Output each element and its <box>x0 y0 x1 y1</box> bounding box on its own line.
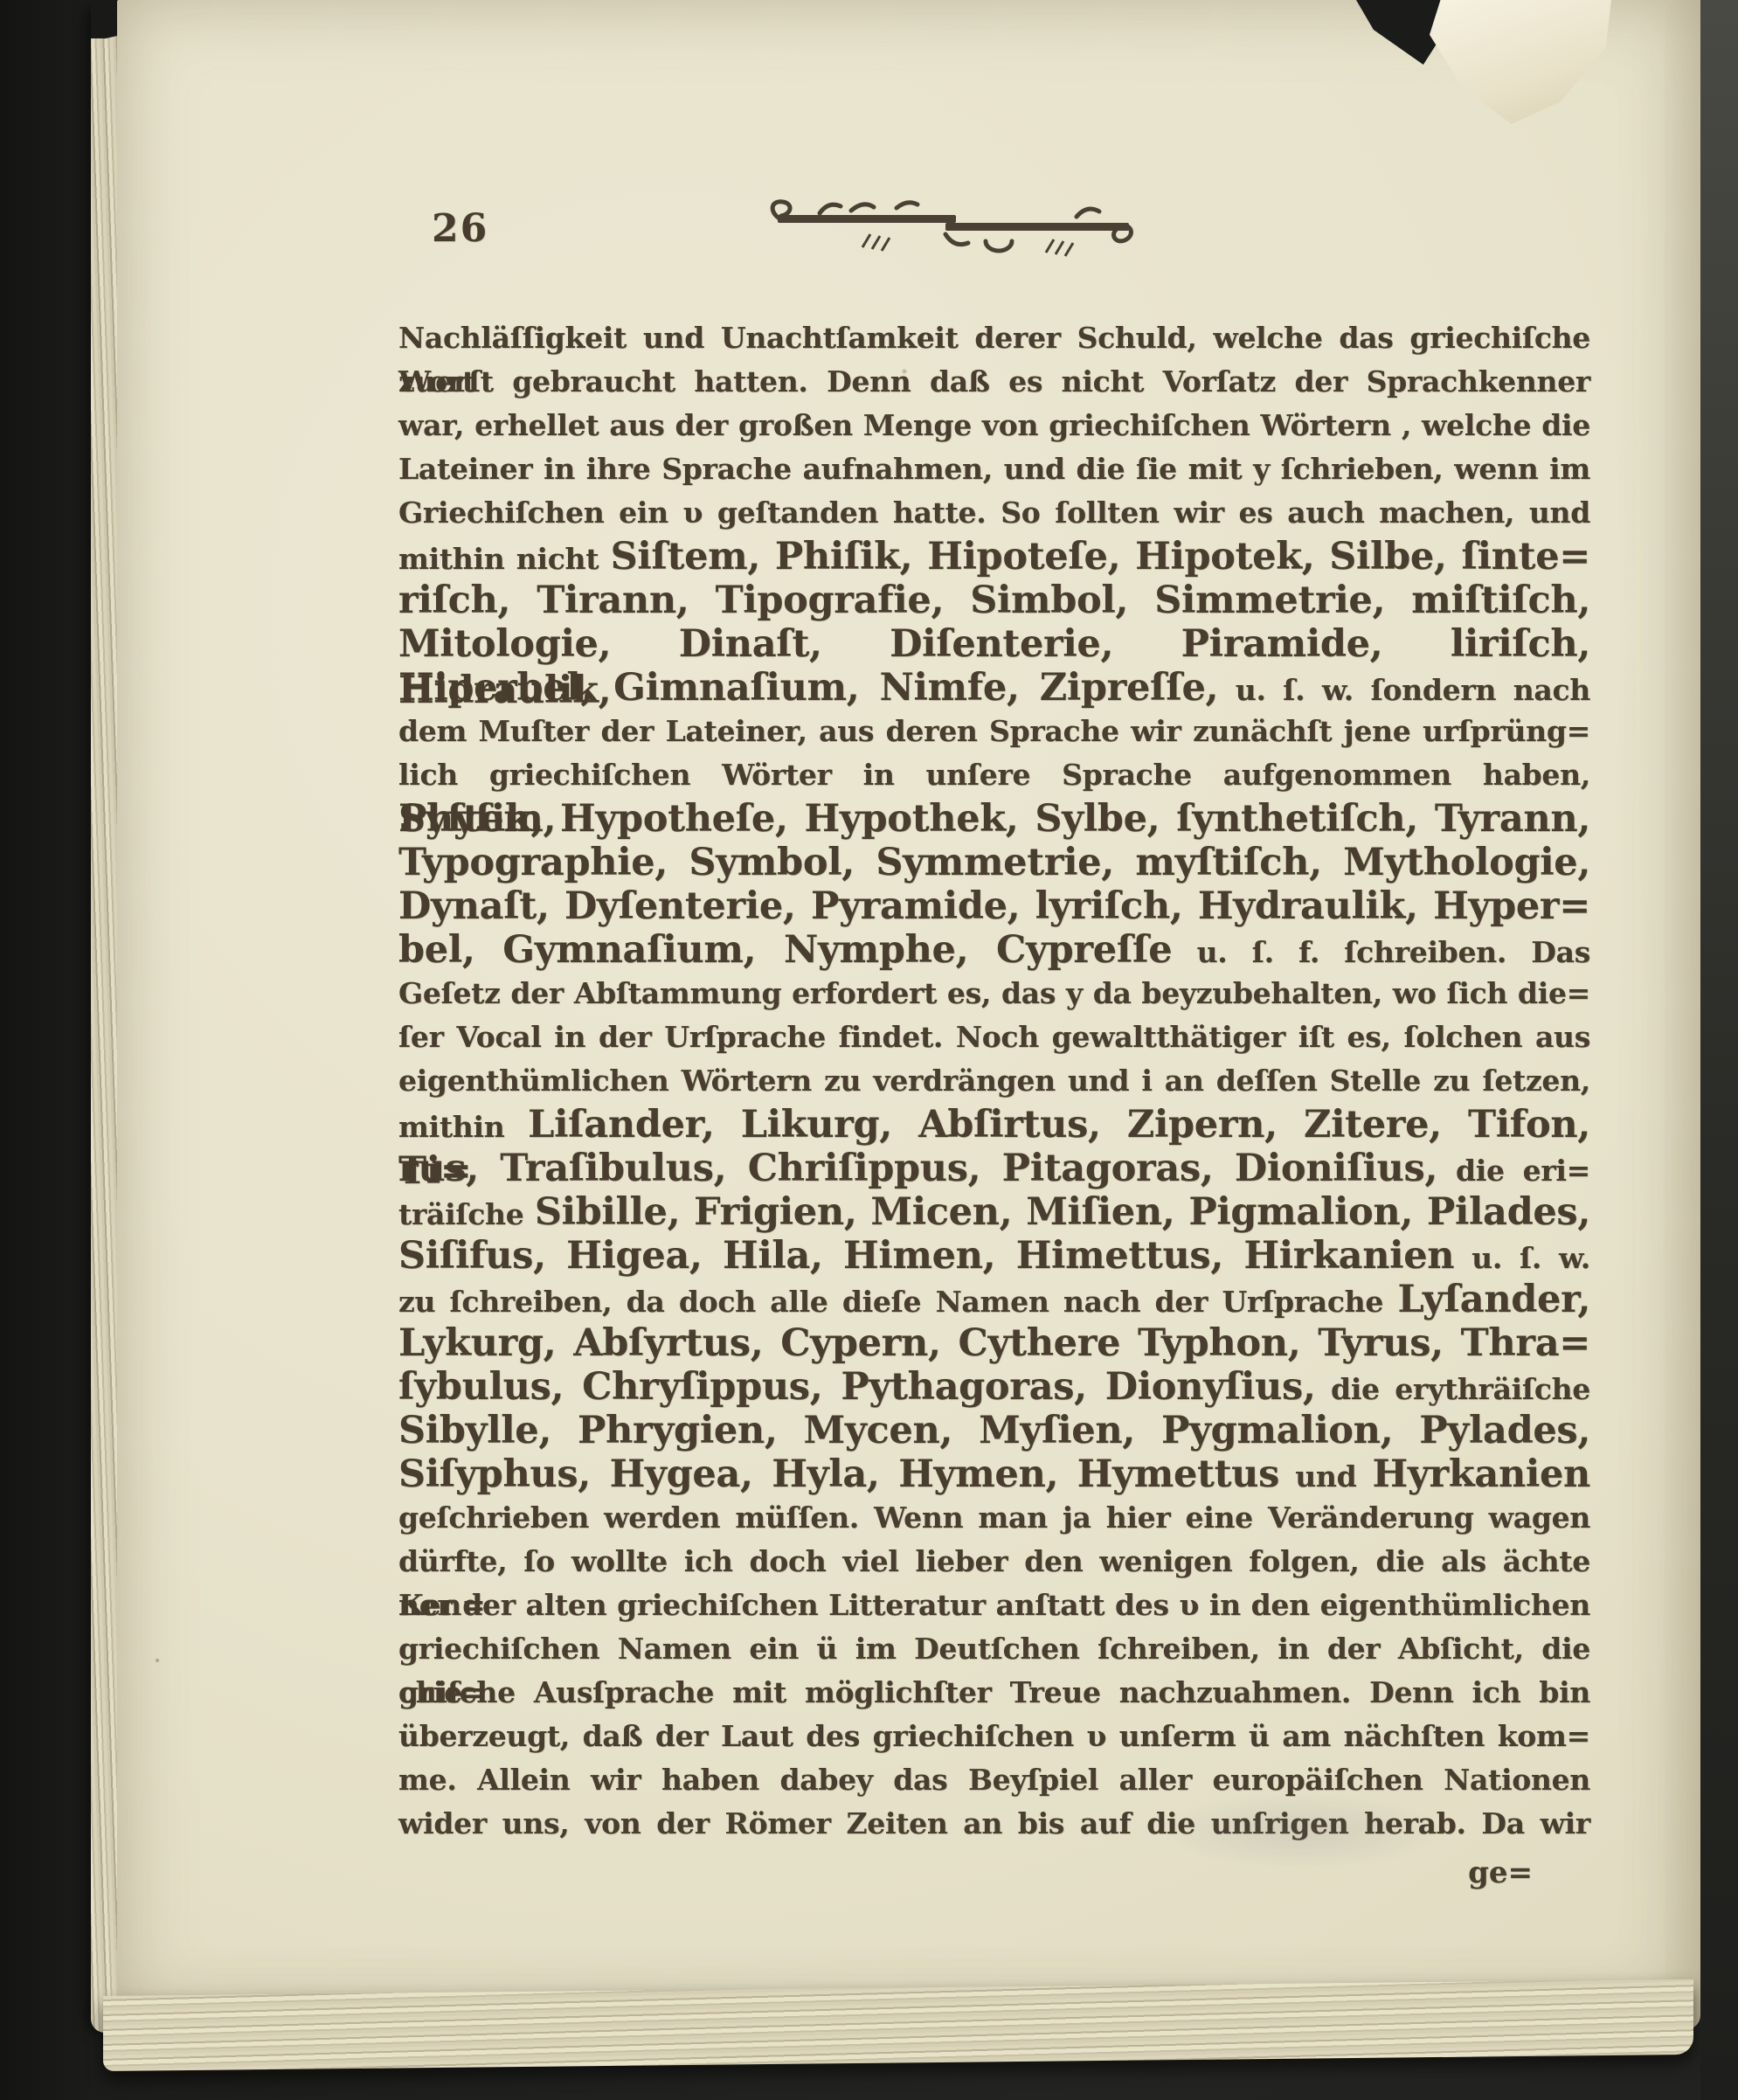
book-page: 26 Nachläſſigkeit und Unachtſamkei <box>117 0 1700 2029</box>
text-segment: u. ſ. w. ſondern nach <box>1236 673 1590 707</box>
text-segment: Hiperbel, Gimnaſium, Nimfe, Zipreſſe, <box>398 666 1218 710</box>
text-segment: und <box>1295 1459 1356 1494</box>
text-line: Hiperbel, Gimnaſium, Nimfe, Zipreſſe, u.… <box>398 666 1590 710</box>
text-segment: rus, Traſibulus, Chriſippus, Pitagoras, … <box>398 1147 1437 1190</box>
text-segment: zu ſchreiben, da doch alle dieſe Namen n… <box>398 1285 1383 1319</box>
text-segment: die eri= <box>1456 1154 1590 1188</box>
text-segment: chiſche Ausſprache mit möglichſter Treue… <box>398 1675 1590 1709</box>
text-segment: riſch, Tirann, Tipografie, Simbol, Simme… <box>398 579 1590 622</box>
text-line: mithin Liſander, Likurg, Abſirtus, Ziper… <box>398 1103 1590 1147</box>
text-segment: ſer Vocal in der Urſprache findet. Noch … <box>398 1020 1590 1054</box>
text-line: Nachläſſigkeit und Unachtſamkeit derer S… <box>398 316 1590 360</box>
text-line: träiſche Sibille, Frigien, Micen, Miſien… <box>398 1190 1590 1234</box>
text-segment: u. ſ. w. <box>1471 1241 1590 1275</box>
text-segment: überzeugt, daß der Laut des griechiſchen… <box>398 1719 1590 1753</box>
text-segment: Siſyphus, Hygea, Hyla, Hymen, Hymettus <box>398 1452 1279 1496</box>
text-line: Typographie, Symbol, Symmetrie, myſtiſch… <box>398 841 1590 884</box>
text-segment: dem Muſter der Lateiner, aus deren Sprac… <box>398 714 1590 748</box>
text-line: Geſetz der Abſtammung erfordert es, das … <box>398 972 1590 1015</box>
text-segment: geſchrieben werden müſſen. Wenn man ja h… <box>398 1500 1590 1535</box>
text-line: überzeugt, daß der Laut des griechiſchen… <box>398 1715 1590 1758</box>
text-line: Siſyphus, Hygea, Hyla, Hymen, Hymettus u… <box>398 1452 1590 1496</box>
text-line: lich griechiſchen Wörter in unſere Sprac… <box>398 753 1590 797</box>
text-line: ſybulus, Chryſippus, Pythagoras, Dionyſi… <box>398 1365 1590 1409</box>
text-line: ner der alten griechiſchen Litteratur an… <box>398 1584 1590 1627</box>
text-line: eigenthümlichen Wörtern zu verdrängen un… <box>398 1059 1590 1103</box>
text-segment: eigenthümlichen Wörtern zu verdrängen un… <box>398 1064 1590 1098</box>
text-segment: Lateiner in ihre Sprache aufnahmen, und … <box>398 452 1590 486</box>
text-block: Nachläſſigkeit und Unachtſamkeit derer S… <box>398 316 1590 1846</box>
page-number: 26 <box>432 206 488 251</box>
text-segment: zuerſt gebraucht hatten. Denn daß es nic… <box>398 364 1590 399</box>
text-line: dem Muſter der Lateiner, aus deren Sprac… <box>398 710 1590 753</box>
text-segment: Sibille, Frigien, Micen, Miſien, Pigmali… <box>535 1190 1590 1234</box>
text-segment: träiſche <box>398 1197 523 1231</box>
text-segment: war, erhellet aus der großen Menge von g… <box>398 408 1590 442</box>
text-segment: Geſetz der Abſtammung erfordert es, das … <box>398 976 1590 1010</box>
text-segment: Hyrkanien <box>1373 1452 1590 1496</box>
text-line: Dynaſt, Dyſenterie, Pyramide, lyriſch, H… <box>398 884 1590 928</box>
text-line: war, erhellet aus der großen Menge von g… <box>398 404 1590 447</box>
text-segment: Lykurg, Abſyrtus, Cypern, Cythere Typhon… <box>398 1321 1590 1365</box>
text-segment: Lyſander, <box>1397 1278 1590 1321</box>
text-segment: die erythräiſche <box>1331 1372 1590 1406</box>
text-line: geſchrieben werden müſſen. Wenn man ja h… <box>398 1496 1590 1540</box>
text-line: dürfte, ſo wollte ich doch viel lieber d… <box>398 1540 1590 1584</box>
text-segment: bel, Gymnaſium, Nymphe, Cypreſſe <box>398 928 1172 972</box>
text-line: rus, Traſibulus, Chriſippus, Pitagoras, … <box>398 1147 1590 1190</box>
text-segment: u. ſ. f. ſchreiben. Das <box>1197 935 1590 969</box>
text-line: Phyſik, Hypotheſe, Hypothek, Sylbe, ſynt… <box>398 797 1590 841</box>
text-line: Lateiner in ihre Sprache aufnahmen, und … <box>398 447 1590 491</box>
text-segment: Typographie, Symbol, Symmetrie, myſtiſch… <box>398 841 1590 884</box>
scanned-book-photo: 26 Nachläſſigkeit und Unachtſamkei <box>0 0 1738 2100</box>
text-segment: ſybulus, Chryſippus, Pythagoras, Dionyſi… <box>398 1365 1316 1409</box>
text-segment: Phyſik, Hypotheſe, Hypothek, Sylbe, ſynt… <box>398 797 1590 841</box>
text-line: ſer Vocal in der Urſprache findet. Noch … <box>398 1015 1590 1059</box>
text-line: Siſifus, Higea, Hila, Himen, Himettus, H… <box>398 1234 1590 1278</box>
text-line: riſch, Tirann, Tipografie, Simbol, Simme… <box>398 579 1590 622</box>
ink-showthrough <box>1157 1792 1445 1870</box>
text-segment: lich griechiſchen Wörter in unſere Sprac… <box>398 758 1590 792</box>
text-segment: Siſtem, Phiſik, Hipoteſe, Hipotek, Silbe… <box>611 535 1590 579</box>
text-segment: Dynaſt, Dyſenterie, Pyramide, lyriſch, H… <box>398 884 1590 928</box>
text-segment: mithin nicht <box>398 542 599 576</box>
book-edge-bottom <box>103 1979 1693 2071</box>
text-line: zu ſchreiben, da doch alle dieſe Namen n… <box>398 1278 1590 1321</box>
text-line: Mitologie, Dinaſt, Diſenterie, Piramide,… <box>398 622 1590 666</box>
text-segment: mithin <box>398 1110 504 1144</box>
text-line: griechiſchen Namen ein ü im Deutſchen ſc… <box>398 1627 1590 1671</box>
text-line: bel, Gymnaſium, Nymphe, Cypreſſe u. ſ. f… <box>398 928 1590 972</box>
text-segment: Siſifus, Higea, Hila, Himen, Himettus, H… <box>398 1234 1454 1278</box>
text-line: mithin nicht Siſtem, Phiſik, Hipoteſe, H… <box>398 535 1590 579</box>
text-segment: Sibylle, Phrygien, Mycen, Myſien, Pygmal… <box>398 1409 1590 1452</box>
background-right-strip <box>1700 0 1738 2100</box>
text-line: chiſche Ausſprache mit möglichſter Treue… <box>398 1671 1590 1715</box>
text-line: Sibylle, Phrygien, Mycen, Myſien, Pygmal… <box>398 1409 1590 1452</box>
header-ornament-icon <box>765 196 1141 259</box>
text-line: Lykurg, Abſyrtus, Cypern, Cythere Typhon… <box>398 1321 1590 1365</box>
text-line: zuerſt gebraucht hatten. Denn daß es nic… <box>398 360 1590 404</box>
text-line: Griechiſchen ein υ geſtanden hatte. So ſ… <box>398 491 1590 535</box>
text-segment: Griechiſchen ein υ geſtanden hatte. So ſ… <box>398 496 1590 530</box>
text-segment: ner der alten griechiſchen Litteratur an… <box>398 1588 1590 1622</box>
